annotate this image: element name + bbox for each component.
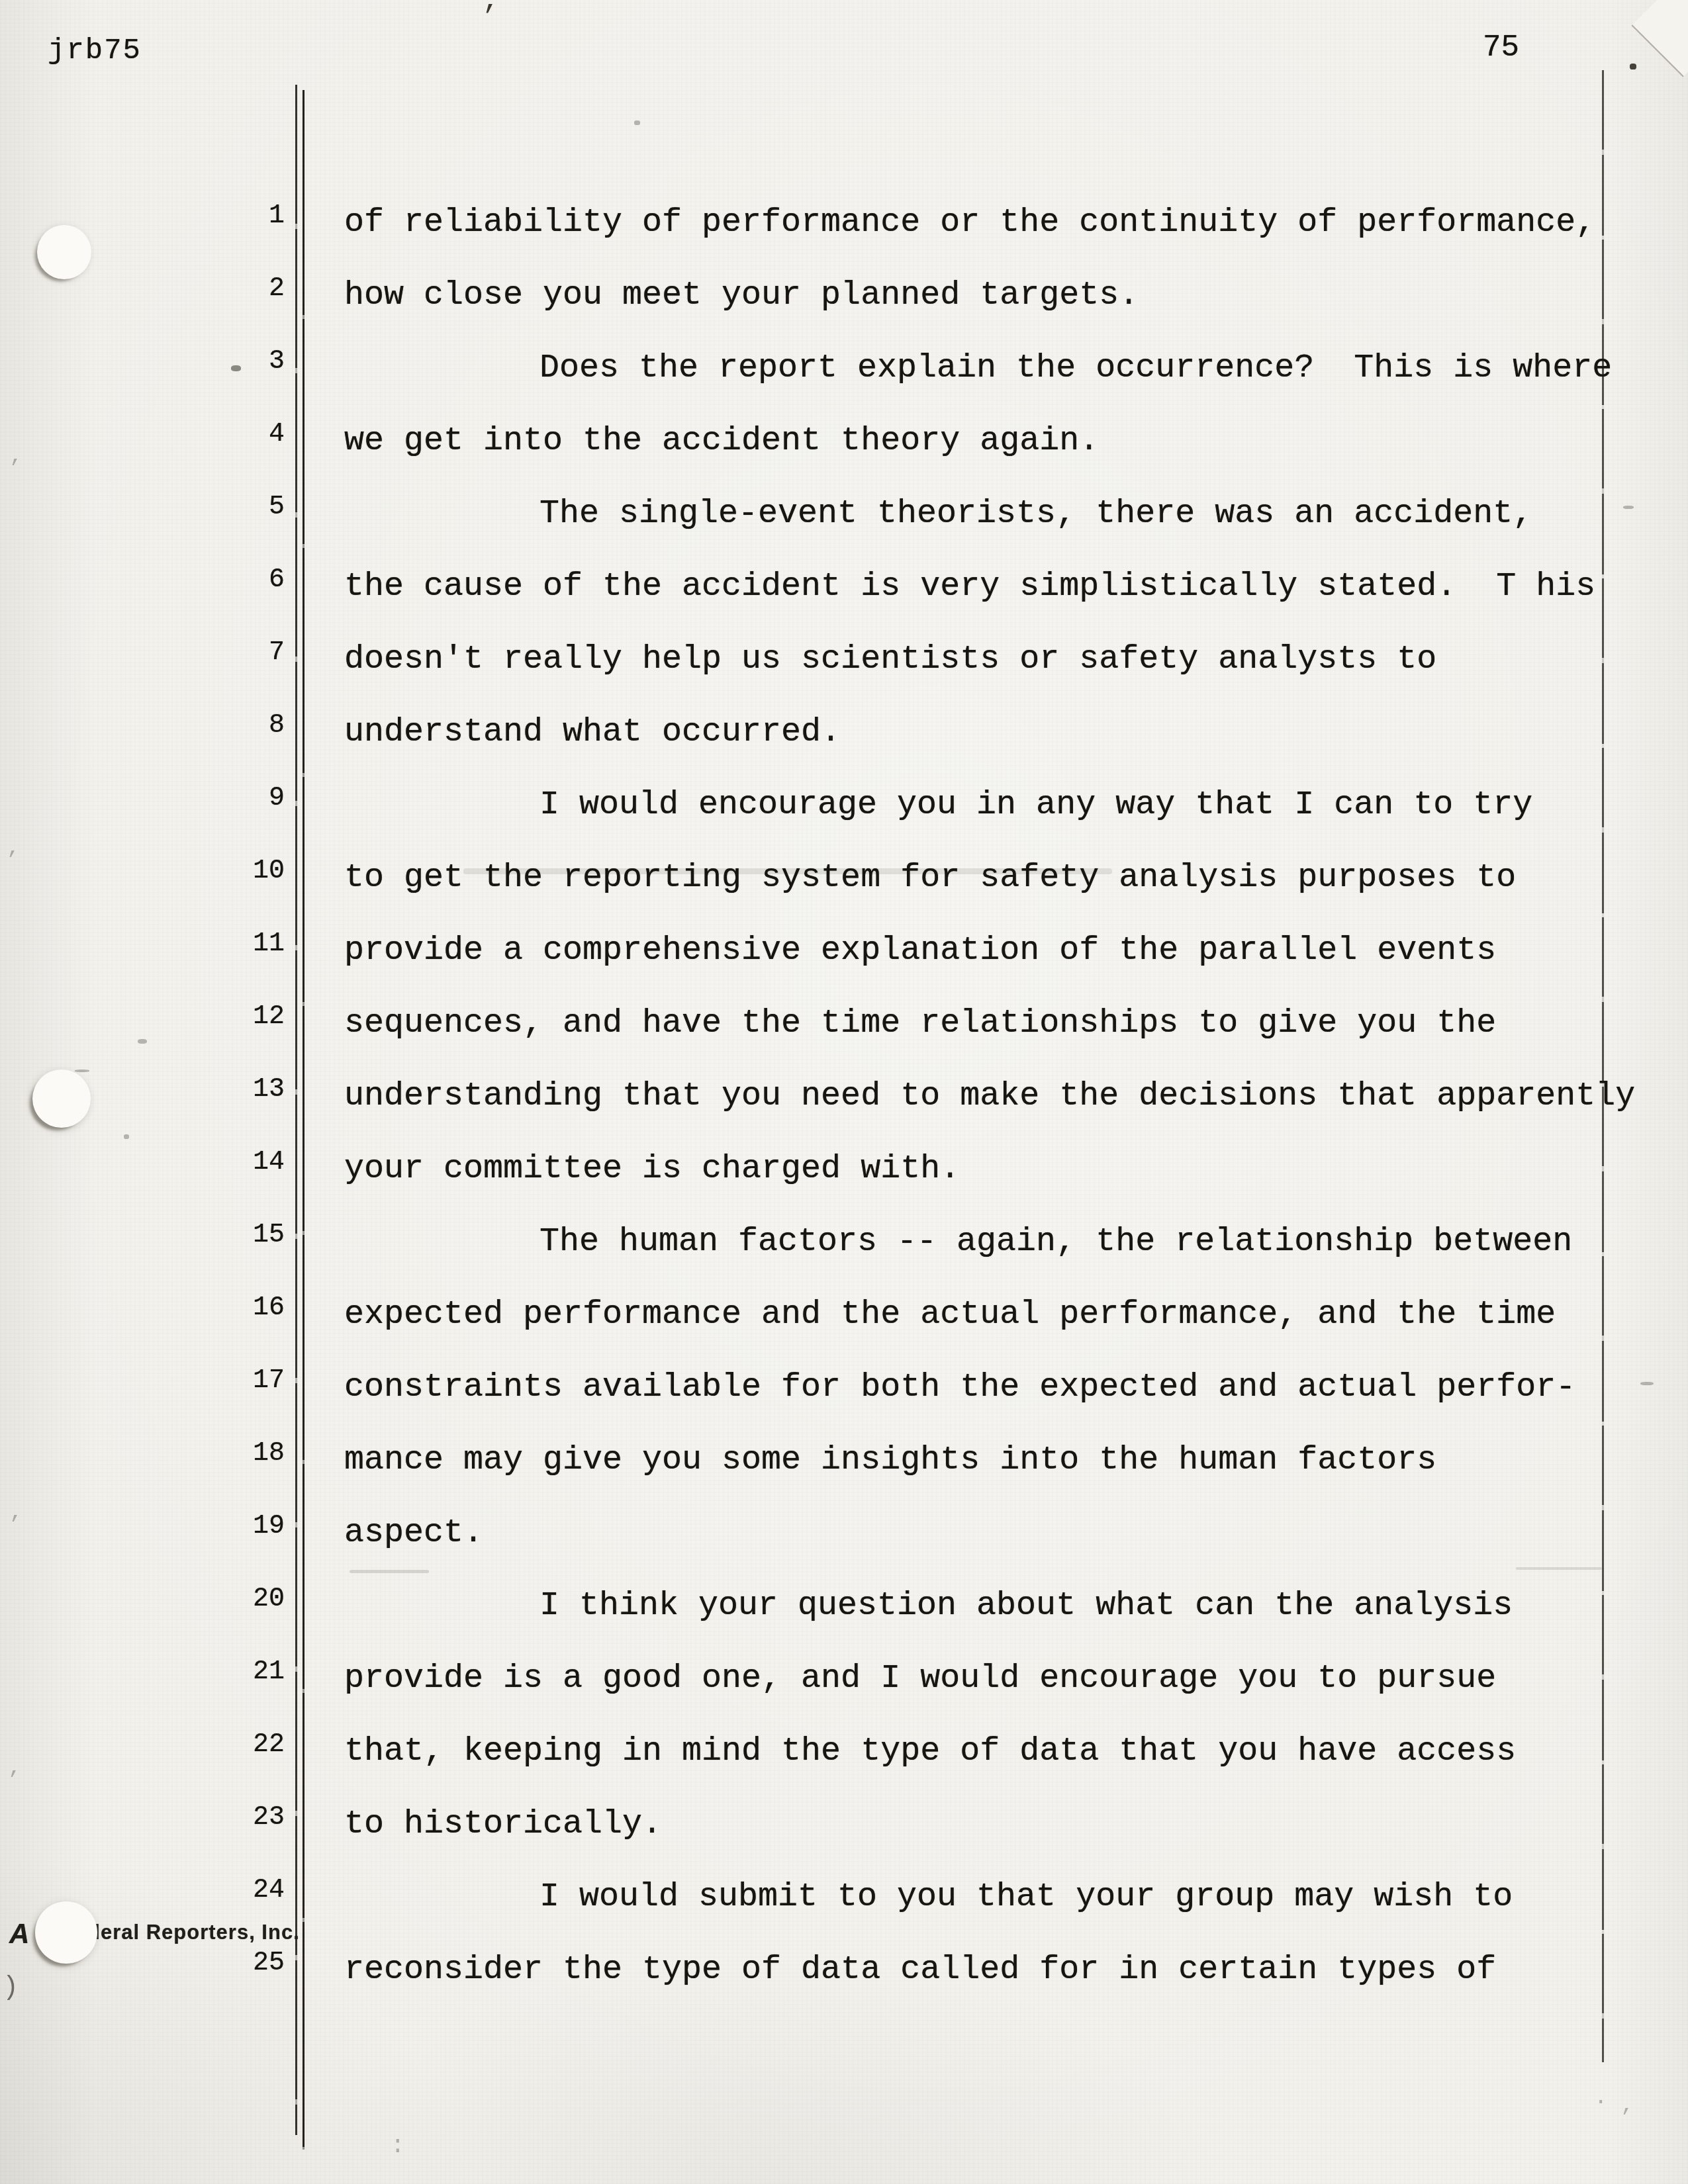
scan-speck [231, 365, 241, 371]
line-number: 21 [0, 1657, 285, 1687]
line-text: to get the reporting system for safety a… [344, 859, 1516, 897]
line-number: 22 [0, 1730, 285, 1760]
line-number: 7 [0, 638, 285, 668]
scan-speck [634, 120, 640, 125]
line-number: 19 [0, 1512, 285, 1541]
line-text: I would submit to you that your group ma… [539, 1878, 1513, 1916]
transcript-row: 3Does the report explain the occurrence?… [0, 349, 1688, 397]
stamp-company-name: deral Reporters, Inc. [87, 1921, 300, 1944]
line-text: The human factors -- again, the relation… [539, 1223, 1572, 1261]
scan-artifact: · [1594, 2090, 1607, 2115]
transcript-row: 24I would submit to you that your group … [0, 1878, 1688, 1926]
line-text: I think your question about what can the… [539, 1587, 1513, 1625]
line-number: 6 [0, 565, 285, 595]
line-text: understanding that you need to make the … [344, 1077, 1635, 1115]
scan-artifact: ’ [7, 1768, 20, 1794]
line-text: we get into the accident theory again. [344, 422, 1099, 460]
transcript-row: 11provide a comprehensive explanation of… [0, 932, 1688, 979]
scan-speck [1640, 1382, 1654, 1385]
scan-artifact: ’ [1619, 2106, 1632, 2131]
page-corner-fold [1632, 0, 1688, 77]
line-text: sequences, and have the time relationshi… [344, 1005, 1496, 1042]
line-text: provide a comprehensive explanation of t… [344, 932, 1496, 970]
line-number: 20 [0, 1584, 285, 1614]
typist-id: jrb75 [48, 34, 142, 68]
transcript-row: 1of reliability of performance or the co… [0, 204, 1688, 251]
line-text: Does the report explain the occurrence? … [539, 349, 1612, 387]
line-text: the cause of the accident is very simpli… [344, 568, 1595, 606]
line-number: 12 [0, 1002, 285, 1032]
scan-artifact: ’ [5, 848, 19, 874]
scan-speck [1623, 506, 1634, 509]
line-text: expected performance and the actual perf… [344, 1296, 1556, 1334]
line-text: doesn't really help us scientists or saf… [344, 641, 1436, 678]
line-number: 14 [0, 1148, 285, 1177]
line-text: aspect. [344, 1514, 483, 1552]
line-text: of reliability of performance or the con… [344, 204, 1595, 242]
transcript-row: 8understand what occurred. [0, 713, 1688, 761]
transcript-row: 2how close you meet your planned targets… [0, 277, 1688, 324]
transcript-row: 13understanding that you need to make th… [0, 1077, 1688, 1125]
line-number: 8 [0, 711, 285, 741]
line-number: 5 [0, 492, 285, 522]
transcript-row: 22that, keeping in mind the type of data… [0, 1733, 1688, 1780]
transcript-row: 5The single-event theorists, there was a… [0, 495, 1688, 543]
scan-artifact: ) [3, 1974, 19, 2003]
transcript-row: 15The human factors -- again, the relati… [0, 1223, 1688, 1271]
transcript-row: 19aspect. [0, 1514, 1688, 1562]
line-number: 18 [0, 1439, 285, 1469]
line-number: 23 [0, 1803, 285, 1833]
scan-speck [75, 1069, 89, 1072]
line-text: provide is a good one, and I would encou… [344, 1660, 1496, 1698]
transcript-row: 6the cause of the accident is very simpl… [0, 568, 1688, 615]
line-number: 24 [0, 1876, 285, 1905]
transcript-row: 9I would encourage you in any way that I… [0, 786, 1688, 834]
scan-artifact: ’ [8, 1513, 21, 1538]
scan-speck [138, 1039, 147, 1044]
line-text: your committee is charged with. [344, 1150, 960, 1188]
transcript-row: 23to historically. [0, 1805, 1688, 1853]
scan-speck [1630, 64, 1636, 69]
scan-smudge [350, 1570, 429, 1573]
scan-artifact: : [391, 2132, 405, 2160]
line-text: that, keeping in mind the type of data t… [344, 1733, 1516, 1770]
line-number: 17 [0, 1366, 285, 1396]
transcript-row: 21provide is a good one, and I would enc… [0, 1660, 1688, 1707]
transcript-row: 18mance may give you some insights into … [0, 1441, 1688, 1489]
transcript-row: 10to get the reporting system for safety… [0, 859, 1688, 907]
transcript-row: 16expected performance and the actual pe… [0, 1296, 1688, 1343]
transcript-row: 17constraints available for both the exp… [0, 1369, 1688, 1416]
transcript-page: jrb75 75 1of reliability of performance … [0, 0, 1688, 2184]
line-text: understand what occurred. [344, 713, 841, 751]
line-text: I would encourage you in any way that I … [539, 786, 1532, 824]
line-number: 4 [0, 420, 285, 449]
line-text: mance may give you some insights into th… [344, 1441, 1436, 1479]
line-text: reconsider the type of data called for i… [344, 1951, 1496, 1989]
stamp-logo-a: A [9, 1918, 29, 1950]
transcript-row: 25reconsider the type of data called for… [0, 1951, 1688, 1999]
line-number: 1 [0, 201, 285, 231]
line-number: 10 [0, 856, 285, 886]
line-text: constraints available for both the expec… [344, 1369, 1575, 1406]
page-number: 75 [1483, 30, 1519, 65]
scan-artifact: ’ [8, 457, 21, 482]
line-number: 2 [0, 274, 285, 304]
hole-punch-middle [32, 1069, 91, 1128]
transcript-row: 4we get into the accident theory again. [0, 422, 1688, 470]
scan-speck [124, 1134, 129, 1139]
transcript-row: 14your committee is charged with. [0, 1150, 1688, 1198]
hole-punch-bottom [35, 1901, 97, 1964]
transcript-row: 12sequences, and have the time relations… [0, 1005, 1688, 1052]
line-number: 15 [0, 1220, 285, 1250]
line-text: how close you meet your planned targets. [344, 277, 1139, 314]
transcript-row: 7doesn't really help us scientists or sa… [0, 641, 1688, 688]
line-text: to historically. [344, 1805, 662, 1843]
line-number: 11 [0, 929, 285, 959]
hole-punch-top [37, 225, 91, 279]
scan-smudge [1516, 1567, 1602, 1570]
line-number: 16 [0, 1293, 285, 1323]
line-text: The single-event theorists, there was an… [539, 495, 1532, 533]
transcript-row: 20I think your question about what can t… [0, 1587, 1688, 1635]
line-number: 9 [0, 784, 285, 813]
line-number: 3 [0, 347, 285, 377]
scan-artifact: ’ [481, 1, 498, 34]
